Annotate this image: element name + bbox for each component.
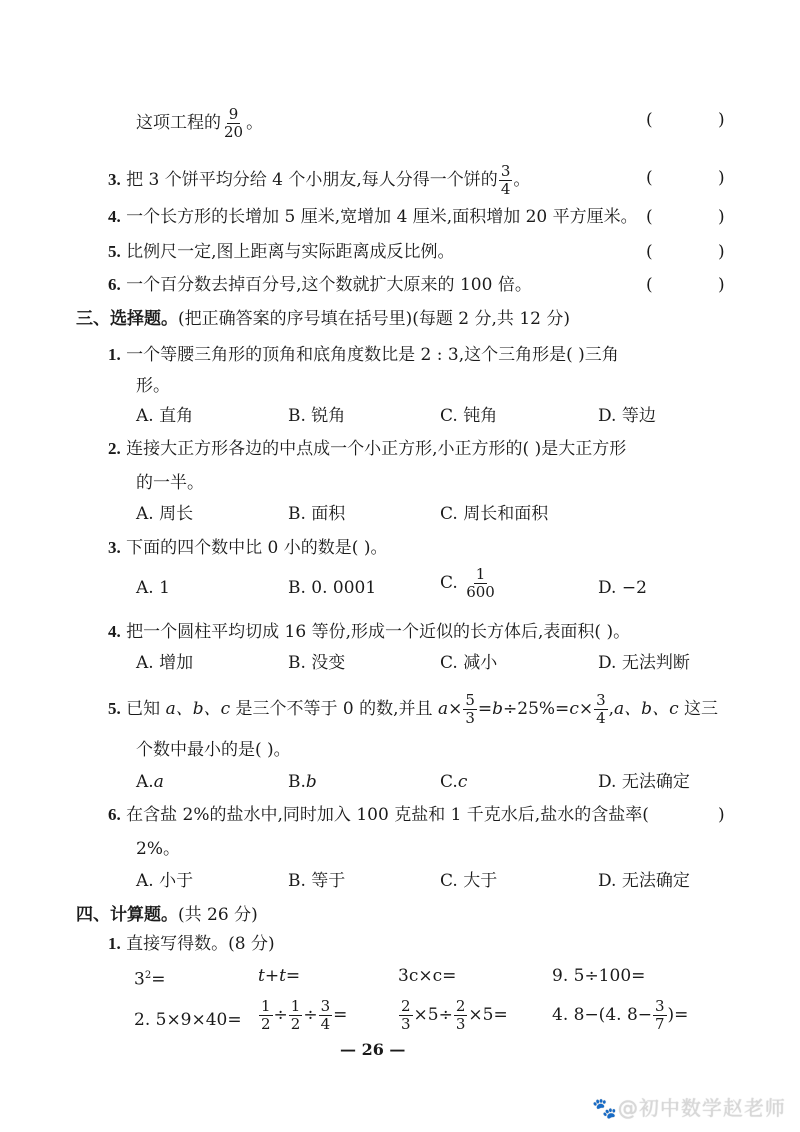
denominator: 3 bbox=[399, 1016, 413, 1033]
expr-r1-4: 9. 5÷100= bbox=[552, 964, 645, 988]
section-title: 四、计算题。 bbox=[76, 905, 178, 925]
variable-b: b bbox=[492, 699, 503, 719]
question-text-cont: 的一半。 bbox=[136, 471, 204, 495]
question-number: 2. bbox=[108, 439, 121, 458]
fraction: 37 bbox=[653, 998, 667, 1033]
question-text: 在含盐 2%的盐水中,同时加入 100 克盐和 1 千克水后,盐水的含盐率( bbox=[126, 805, 649, 825]
option-label: A. bbox=[136, 772, 154, 792]
denominator: 4 bbox=[319, 1016, 333, 1033]
watermark: 🐾@初中数学赵老师 bbox=[592, 1092, 786, 1121]
answer-paren-left: ( bbox=[646, 273, 653, 297]
expr-r2-1: 2. 5×9×40= bbox=[134, 1008, 242, 1032]
answer-paren-left: ( bbox=[646, 240, 653, 264]
answer-paren-right: ) bbox=[718, 108, 725, 132]
text: 这三 bbox=[679, 699, 718, 719]
option-a: A. 直角 bbox=[136, 404, 193, 428]
question-text: 这项工程的 bbox=[136, 113, 221, 133]
option-c: C. 周长和面积 bbox=[440, 502, 548, 526]
expr-r2-2: 12÷12÷34= bbox=[258, 998, 347, 1033]
numerator: 5 bbox=[463, 692, 477, 710]
question-number: 4. bbox=[108, 622, 121, 641]
judgement-q5: 5. 比例尺一定,图上距离与实际距离成反比例。 bbox=[108, 240, 455, 264]
option-c: C.c bbox=[440, 770, 467, 794]
expr-r2-3: 23×5÷23×5= bbox=[398, 998, 508, 1033]
question-text: 一个百分数去掉百分号,这个数就扩大原来的 100 倍。 bbox=[126, 275, 532, 295]
section-points: (共 26 分) bbox=[178, 905, 258, 925]
question-text: 一个等腰三角形的顶角和底角度数比是 2 : 3,这个三角形是( )三角 bbox=[126, 345, 619, 365]
fraction: 53 bbox=[463, 692, 477, 727]
question-number: 5. bbox=[108, 242, 121, 261]
option-label: C. bbox=[440, 573, 458, 593]
option-label: C. bbox=[440, 772, 458, 792]
answer-paren-right: ) bbox=[718, 803, 725, 827]
text: 已知 bbox=[126, 699, 165, 719]
section-title: 三、选择题。 bbox=[76, 309, 178, 329]
option-b: B. 没变 bbox=[288, 651, 345, 675]
fraction: 12 bbox=[289, 998, 303, 1033]
question-text: 连接大正方形各边的中点成一个小正方形,小正方形的( )是大正方形 bbox=[126, 439, 626, 459]
variable-c: c bbox=[569, 699, 579, 719]
option-a: A. 1 bbox=[136, 576, 170, 600]
question-text: 下面的四个数中比 0 小的数是( )。 bbox=[126, 538, 387, 558]
choice-q6: 6. 在含盐 2%的盐水中,同时加入 100 克盐和 1 千克水后,盐水的含盐率… bbox=[108, 803, 649, 827]
denominator: 600 bbox=[464, 584, 497, 601]
expr-r1-3: 3c×c= bbox=[398, 964, 456, 988]
punct: 。 bbox=[513, 170, 530, 190]
judgement-q2-continuation: 这项工程的920。 bbox=[136, 106, 263, 141]
fraction: 34 bbox=[499, 163, 513, 198]
numerator: 2 bbox=[399, 998, 413, 1016]
expr-r1-2: t+t= bbox=[258, 964, 300, 988]
option-b: B.b bbox=[288, 770, 317, 794]
denominator: 20 bbox=[222, 124, 245, 141]
operator: × bbox=[579, 699, 593, 719]
option-a: A.a bbox=[136, 770, 164, 794]
page-number: — 26 — bbox=[340, 1040, 405, 1059]
expr-r2-4: 4. 8−(4. 8−37)= bbox=[552, 998, 688, 1033]
calc-q1: 1. 直接写得数。(8 分) bbox=[108, 932, 275, 956]
fraction: 12 bbox=[259, 998, 273, 1033]
variables: a、b、c bbox=[614, 699, 679, 719]
question-text-cont: 2%。 bbox=[136, 837, 180, 861]
option-b: B. 面积 bbox=[288, 502, 345, 526]
choice-q5: 5. 已知 a、b、c 是三个不等于 0 的数,并且 a×53=b÷25%=c×… bbox=[108, 692, 718, 727]
option-c: C. 减小 bbox=[440, 651, 497, 675]
question-number: 1. bbox=[108, 345, 121, 364]
question-number: 4. bbox=[108, 207, 121, 226]
numerator: 1 bbox=[289, 998, 303, 1016]
punct: 。 bbox=[246, 113, 263, 133]
fraction: 34 bbox=[319, 998, 333, 1033]
denominator: 3 bbox=[463, 710, 477, 727]
question-text: 把 3 个饼平均分给 4 个小朋友,每人分得一个饼的 bbox=[126, 170, 498, 190]
operator: ÷ bbox=[274, 1005, 288, 1025]
option-b: B. 等于 bbox=[288, 869, 345, 893]
question-text: 比例尺一定,图上距离与实际距离成反比例。 bbox=[126, 242, 454, 262]
base: 3 bbox=[134, 970, 145, 990]
numerator: 1 bbox=[474, 566, 488, 584]
section-heading-calc: 四、计算题。(共 26 分) bbox=[76, 903, 258, 927]
option-d: D. −2 bbox=[598, 576, 647, 600]
option-d: D. 无法判断 bbox=[598, 651, 690, 675]
fraction: 920 bbox=[222, 106, 245, 141]
question-text: 一个长方形的长增加 5 厘米,宽增加 4 厘米,面积增加 20 平方厘米。 bbox=[126, 207, 638, 227]
answer-paren-left: ( bbox=[646, 166, 653, 190]
option-value: b bbox=[306, 772, 317, 792]
fraction: 23 bbox=[399, 998, 413, 1033]
answer-paren-left: ( bbox=[646, 205, 653, 229]
operator: ×5= bbox=[468, 1005, 507, 1025]
operator: ÷ bbox=[303, 1005, 317, 1025]
numerator: 3 bbox=[653, 998, 667, 1016]
choice-q1: 1. 一个等腰三角形的顶角和底角度数比是 2 : 3,这个三角形是( )三角 bbox=[108, 343, 619, 367]
expr-r1-1: 32= bbox=[134, 964, 165, 992]
judgement-q3: 3. 把 3 个饼平均分给 4 个小朋友,每人分得一个饼的34。 bbox=[108, 163, 530, 198]
question-number: 6. bbox=[108, 805, 121, 824]
text: 4. 8−(4. 8− bbox=[552, 1005, 652, 1025]
fraction: 23 bbox=[454, 998, 468, 1033]
operator: × bbox=[448, 699, 462, 719]
question-text: 把一个圆柱平均切成 16 等份,形成一个近似的长方体后,表面积( )。 bbox=[126, 622, 630, 642]
option-b: B. 0. 0001 bbox=[288, 576, 376, 600]
option-c: C. 大于 bbox=[440, 869, 497, 893]
judgement-q6: 6. 一个百分数去掉百分号,这个数就扩大原来的 100 倍。 bbox=[108, 273, 532, 297]
option-a: A. 增加 bbox=[136, 651, 193, 675]
question-text-cont: 形。 bbox=[136, 374, 170, 398]
option-a: A. 小于 bbox=[136, 869, 193, 893]
option-c: C. 1600 bbox=[440, 566, 498, 601]
answer-paren-right: ) bbox=[718, 240, 725, 264]
choice-q3: 3. 下面的四个数中比 0 小的数是( )。 bbox=[108, 536, 387, 560]
denominator: 4 bbox=[594, 710, 608, 727]
question-text-cont: 个数中最小的是( )。 bbox=[136, 738, 291, 762]
answer-paren-left: ( bbox=[646, 108, 653, 132]
question-number: 3. bbox=[108, 170, 121, 189]
answer-paren-right: ) bbox=[718, 273, 725, 297]
option-value: a bbox=[154, 772, 164, 792]
denominator: 7 bbox=[653, 1016, 667, 1033]
section-instructions: (把正确答案的序号填在括号里)(每题 2 分,共 12 分) bbox=[178, 309, 570, 329]
numerator: 3 bbox=[594, 692, 608, 710]
answer-paren-right: ) bbox=[718, 166, 725, 190]
fraction: 1600 bbox=[464, 566, 497, 601]
equals: = bbox=[151, 970, 165, 990]
choice-q2: 2. 连接大正方形各边的中点成一个小正方形,小正方形的( )是大正方形 bbox=[108, 437, 626, 461]
equals: )= bbox=[668, 1005, 689, 1025]
option-d: D. 无法确定 bbox=[598, 770, 690, 794]
numerator: 9 bbox=[227, 106, 241, 124]
option-d: D. 等边 bbox=[598, 404, 656, 428]
fraction: 34 bbox=[594, 692, 608, 727]
numerator: 3 bbox=[499, 163, 513, 181]
option-d: D. 无法确定 bbox=[598, 869, 690, 893]
variables: a、b、c bbox=[166, 699, 231, 719]
answer-paren-right: ) bbox=[718, 205, 725, 229]
variable-a: a bbox=[438, 699, 448, 719]
question-text: 直接写得数。(8 分) bbox=[126, 934, 274, 954]
section-heading-choice: 三、选择题。(把正确答案的序号填在括号里)(每题 2 分,共 12 分) bbox=[76, 307, 570, 331]
question-number: 3. bbox=[108, 538, 121, 557]
operator: ×5÷ bbox=[414, 1005, 453, 1025]
option-value: c bbox=[458, 772, 468, 792]
question-number: 1. bbox=[108, 934, 121, 953]
text: 是三个不等于 0 的数,并且 bbox=[230, 699, 438, 719]
equals: = bbox=[333, 1005, 347, 1025]
question-number: 5. bbox=[108, 699, 121, 718]
denominator: 2 bbox=[259, 1016, 273, 1033]
denominator: 4 bbox=[499, 181, 513, 198]
denominator: 2 bbox=[289, 1016, 303, 1033]
question-number: 6. bbox=[108, 275, 121, 294]
numerator: 2 bbox=[454, 998, 468, 1016]
option-label: B. bbox=[288, 772, 306, 792]
numerator: 1 bbox=[259, 998, 273, 1016]
option-b: B. 锐角 bbox=[288, 404, 345, 428]
option-a: A. 周长 bbox=[136, 502, 193, 526]
choice-q4: 4. 把一个圆柱平均切成 16 等份,形成一个近似的长方体后,表面积( )。 bbox=[108, 620, 630, 644]
operator: = bbox=[478, 699, 492, 719]
judgement-q4: 4. 一个长方形的长增加 5 厘米,宽增加 4 厘米,面积增加 20 平方厘米。 bbox=[108, 205, 638, 229]
denominator: 3 bbox=[454, 1016, 468, 1033]
operator: ÷25%= bbox=[503, 699, 569, 719]
option-c: C. 钝角 bbox=[440, 404, 497, 428]
numerator: 3 bbox=[319, 998, 333, 1016]
